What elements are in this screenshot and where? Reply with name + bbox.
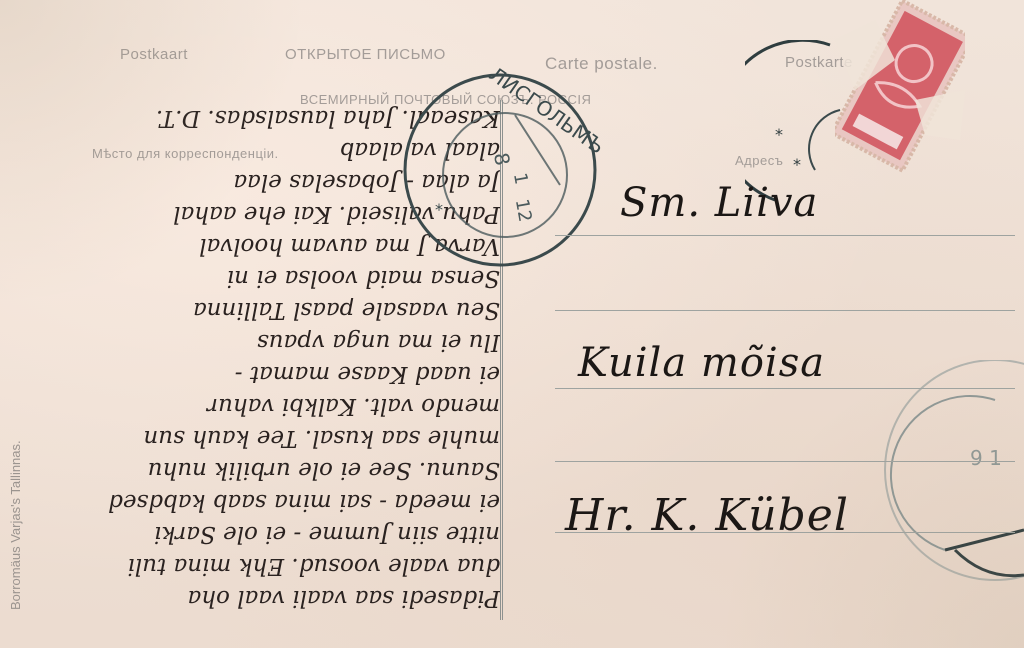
postcard: Postkaart ОТКРЫТОЕ ПИСЬМО Carte postale.… bbox=[0, 0, 1024, 648]
address-recipient-name: Hr. K. Kübel bbox=[565, 490, 849, 541]
svg-text:12: 12 bbox=[511, 197, 536, 223]
postmark-main-icon: * ЛИСГОЛЬМЪ 8 1 12 bbox=[395, 65, 615, 285]
svg-text:*: * bbox=[435, 200, 443, 219]
message-line: Seu vaasale paasl Tallinna bbox=[10, 294, 500, 326]
message-line: Saunu. See ei ole urbilik nuhu bbox=[10, 454, 500, 486]
svg-text:*: * bbox=[793, 155, 801, 174]
address-line-1 bbox=[555, 235, 1015, 236]
address-estate: Kuila mõisa bbox=[578, 340, 825, 386]
message-line: ei uaad Kaase mamat - bbox=[10, 358, 500, 390]
address-recipient-station: Sm. Liiva bbox=[620, 180, 818, 226]
svg-text:1: 1 bbox=[509, 171, 532, 186]
svg-text:9 1: 9 1 bbox=[970, 446, 1002, 470]
message-line: nitte siin Jumme - ei ole Sarki bbox=[10, 518, 500, 550]
svg-text:8: 8 bbox=[489, 151, 515, 168]
svg-text:ЛИСГОЛЬМЪ: ЛИСГОЛЬМЪ bbox=[485, 65, 609, 159]
address-line-4 bbox=[555, 461, 1015, 462]
message-line: dua vaale voosud. Ehk mina tuli bbox=[10, 550, 500, 582]
address-line-2 bbox=[555, 310, 1015, 311]
message-line: muhle saa kusal. Tee kauh sun bbox=[10, 422, 500, 454]
svg-text:*: * bbox=[775, 125, 783, 144]
message-line: ei meeda - sai mina saab kabdsed bbox=[10, 486, 500, 518]
message-line: mendo valt. Kalkbi vahur bbox=[10, 390, 500, 422]
address-line-3 bbox=[555, 388, 1015, 389]
postmark-secondary-icon: 9 1 bbox=[875, 360, 1024, 590]
message-line: Ilu ei ma unga vpaus bbox=[10, 326, 500, 358]
message-line: Pidasedi saa vaali vaal oha bbox=[10, 582, 500, 614]
